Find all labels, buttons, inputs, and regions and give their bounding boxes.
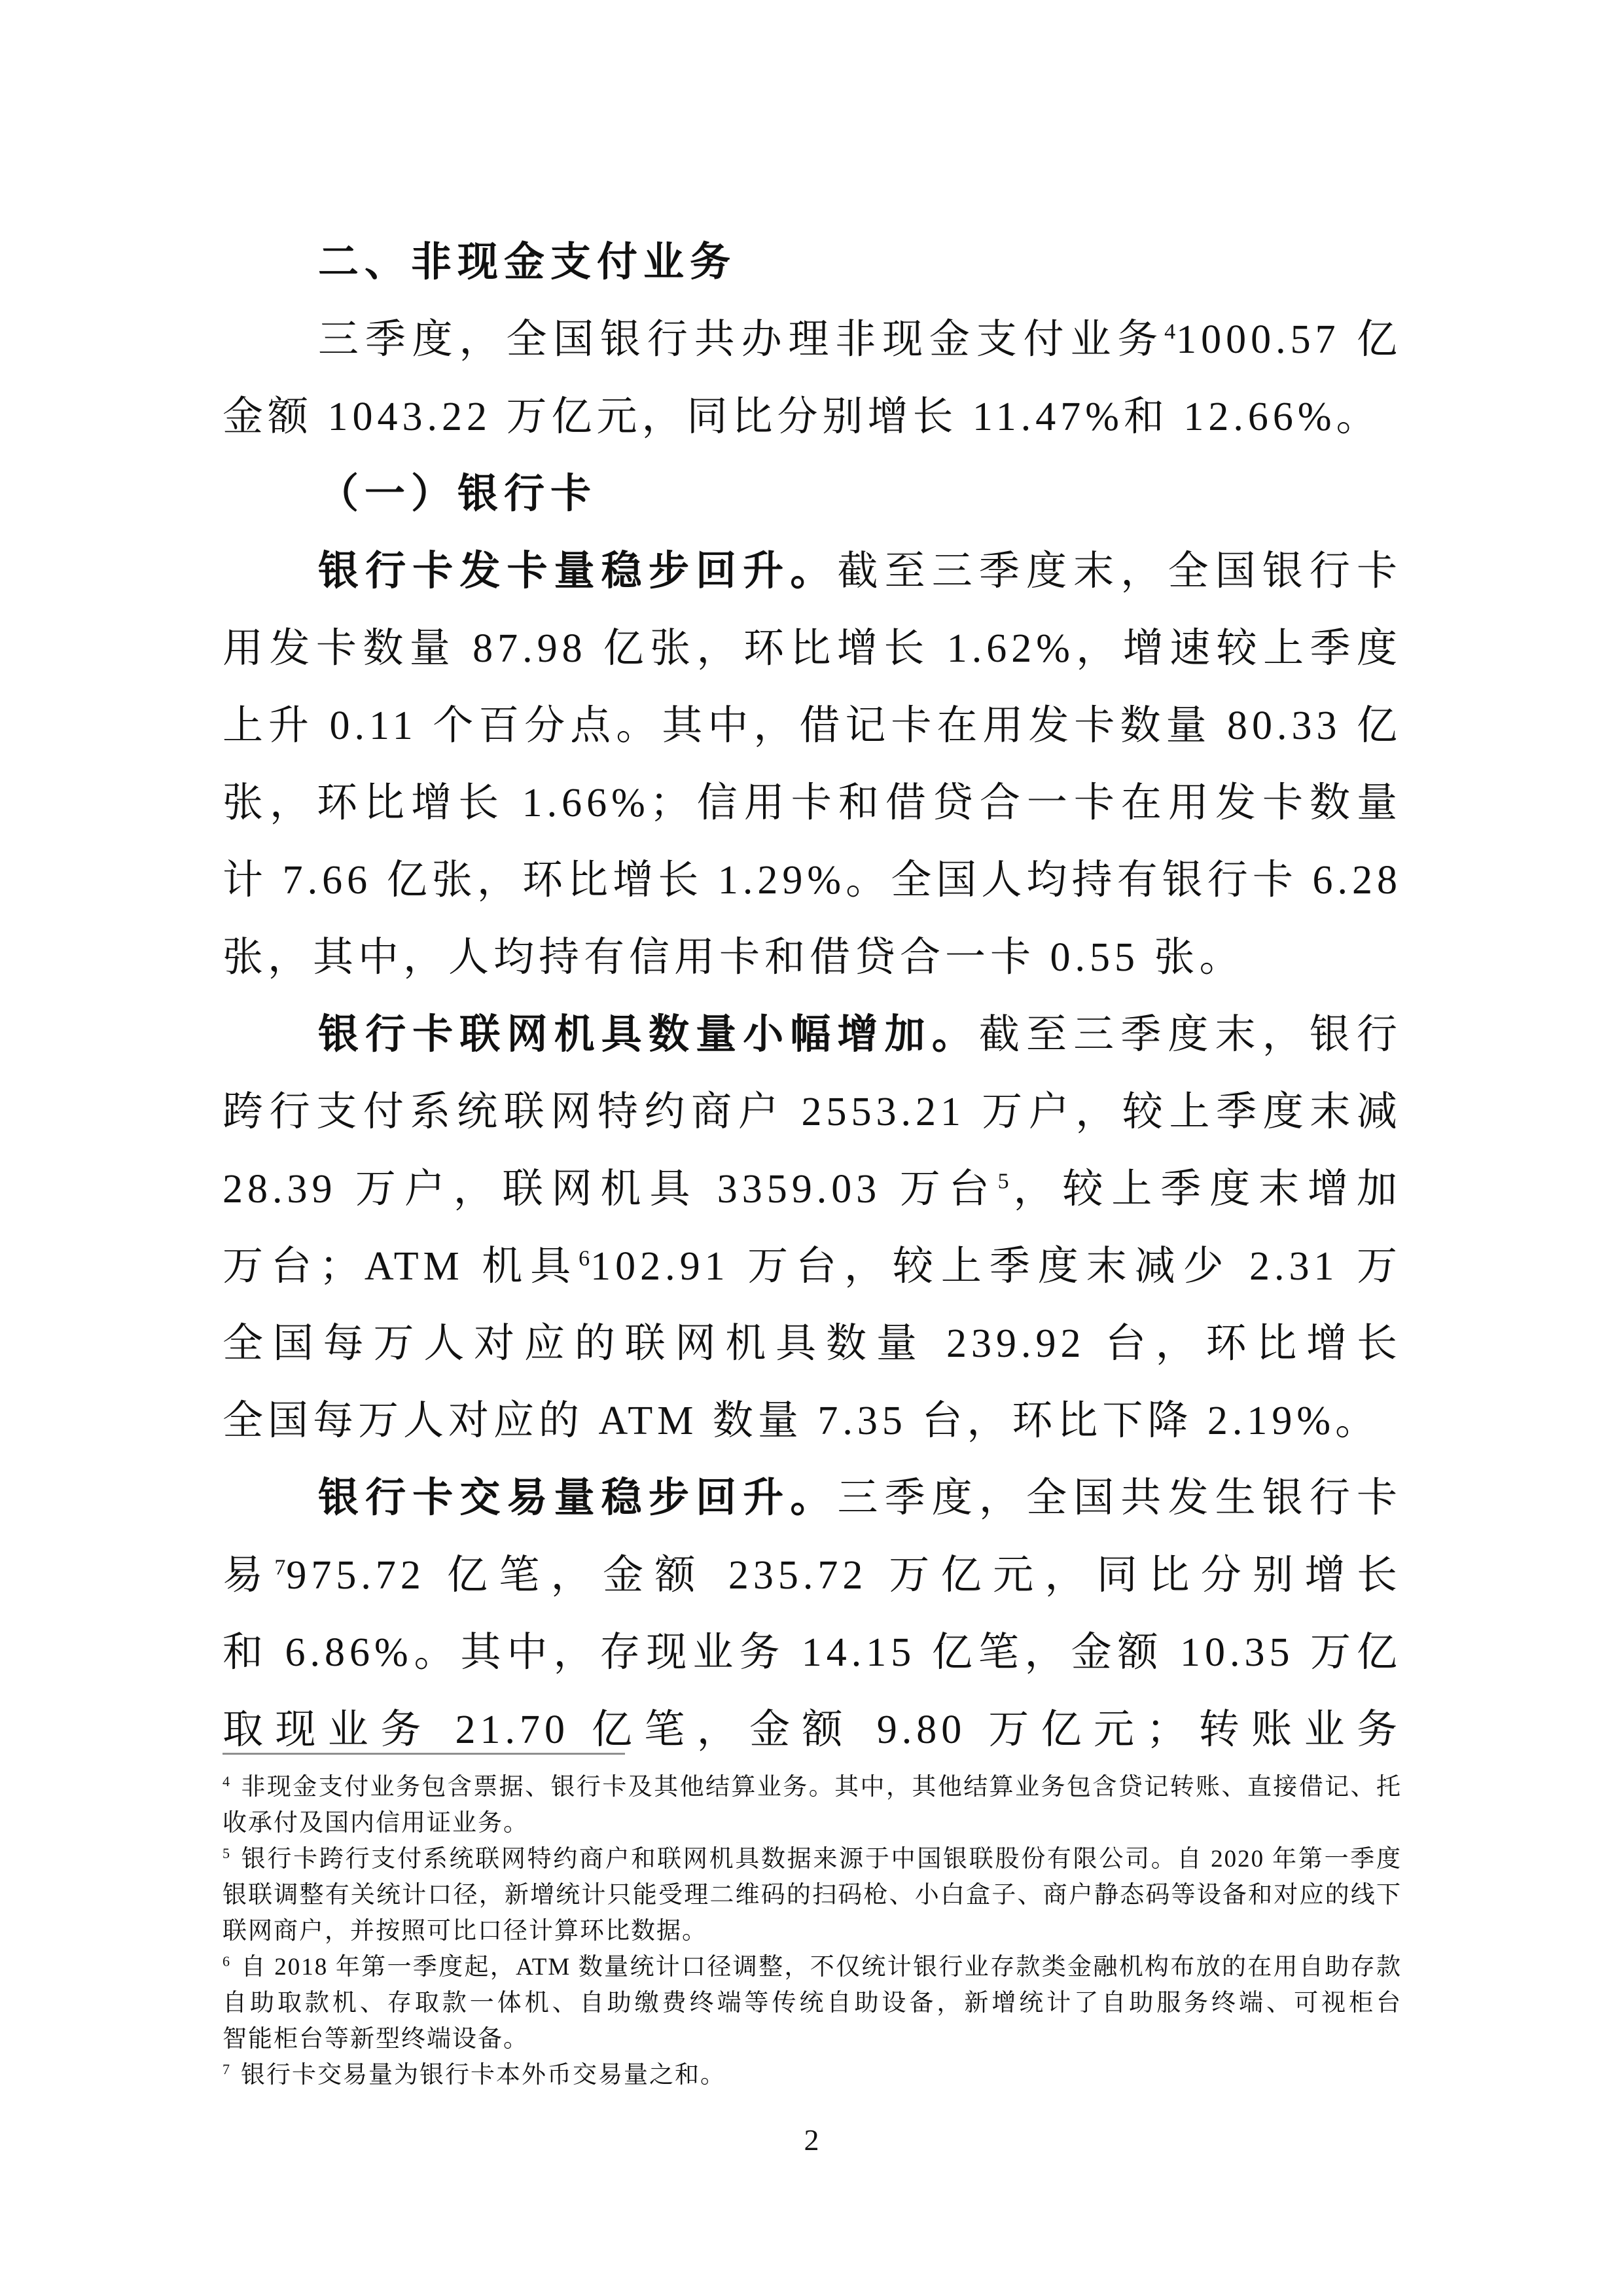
bold-lead-text: 银行卡联网机具数量小幅增加。 — [318, 1013, 979, 1057]
body-line: 金额 1043.22 万亿元，同比分别增长 11.47%和 12.66%。 — [223, 378, 1402, 456]
body-line: 张，环比增长 1.66%；信用卡和借贷合一卡在用发卡数量共 — [223, 764, 1402, 842]
body-text: 28.39 万户，联网机具 3359.03 万台 — [223, 1167, 998, 1211]
footnote-ref-7: 7 — [274, 1555, 286, 1579]
footnote-6-marker: 6 — [223, 1953, 230, 1969]
footnote-text: 银行卡跨行支付系统联网特约商户和联网机具数据来源于中国银联股份有限公司。自 20… — [223, 1846, 1402, 1877]
section-heading: 二、非现金支付业务 — [223, 224, 1402, 301]
body-line: 全国每万人对应的 ATM 数量 7.35 台，环比下降 2.19%。 — [223, 1382, 1402, 1460]
footnote-ref-6: 6 — [579, 1246, 590, 1270]
footnote-text: 银行卡交易量为银行卡本外币交易量之和。 — [241, 2062, 726, 2089]
body-line: 张，其中，人均持有信用卡和借贷合一卡 0.55 张。 — [223, 919, 1402, 996]
document-page: 二、非现金支付业务 三季度，全国银行共办理非现金支付业务41000.57 亿笔，… — [0, 0, 1623, 2296]
footnote-separator — [223, 1753, 625, 1755]
body-line: 上升 0.11 个百分点。其中，借记卡在用发卡数量 80.33 亿 — [223, 687, 1402, 764]
body-line: 银行卡发卡量稳步回升。截至三季度末，全国银行卡在 — [223, 533, 1402, 610]
body-text: 易 — [223, 1553, 274, 1598]
body-line: 28.39 万户，联网机具 3359.03 万台5，较上季度末增加 27.74 — [223, 1151, 1402, 1228]
footnote-4-line: 4非现金支付业务包含票据、银行卡及其他结算业务。其中，其他结算业务包含贷记转账、… — [223, 1769, 1402, 1805]
body-line: 三季度，全国银行共办理非现金支付业务41000.57 亿笔， — [223, 301, 1402, 378]
body-text: 975.72 亿笔，金额 235.72 万亿元，同比分别增长 11.65% — [223, 1553, 1402, 1614]
body-line: 和 6.86%。其中，存现业务 14.15 亿笔，金额 10.35 万亿元； — [223, 1614, 1402, 1691]
footnote-6-line: 智能柜台等新型终端设备。 — [223, 2021, 1402, 2057]
body-line: 计 7.66 亿张，环比增长 1.29%。全国人均持有银行卡 6.28 — [223, 842, 1402, 919]
body-text: 万台；ATM 机具 — [223, 1244, 579, 1289]
footnotes-block: 4非现金支付业务包含票据、银行卡及其他结算业务。其中，其他结算业务包含贷记转账、… — [223, 1753, 1402, 2093]
body-line: 易7975.72 亿笔，金额 235.72 万亿元，同比分别增长 11.65% — [223, 1537, 1402, 1614]
body-line: 银行卡联网机具数量小幅增加。截至三季度末，银行卡 — [223, 996, 1402, 1073]
body-line: 用发卡数量 87.98 亿张，环比增长 1.62%，增速较上季度末 — [223, 610, 1402, 687]
body-text-block: 二、非现金支付业务 三季度，全国银行共办理非现金支付业务41000.57 亿笔，… — [223, 224, 1402, 1768]
footnote-4-line: 收承付及国内信用证业务。 — [223, 1805, 1402, 1841]
footnote-text: 非现金支付业务包含票据、银行卡及其他结算业务。其中，其他结算业务包含贷记转账、直… — [241, 1774, 1402, 1801]
footnote-5-line: 5银行卡跨行支付系统联网特约商户和联网机具数据来源于中国银联股份有限公司。自 2… — [223, 1841, 1402, 1877]
footnote-5-line: 银联调整有关统计口径，新增统计只能受理二维码的扫码枪、小白盒子、商户静态码等设备… — [223, 1877, 1402, 1913]
body-line: 跨行支付系统联网特约商户 2553.21 万户，较上季度末减少 — [223, 1073, 1402, 1151]
footnote-ref-5: 5 — [998, 1169, 1010, 1193]
page-number: 2 — [0, 2121, 1623, 2160]
footnote-6-line: 6自 2018 年第一季度起，ATM 数量统计口径调整，不仅统计银行业存款类金融… — [223, 1949, 1402, 1985]
bold-lead-text: 银行卡发卡量稳步回升。 — [318, 549, 838, 594]
body-line: 银行卡交易量稳步回升。三季度，全国共发生银行卡交 — [223, 1460, 1402, 1537]
body-line: 全国每万人对应的联网机具数量 239.92 台，环比增长 0.83%； — [223, 1305, 1402, 1382]
footnote-4-marker: 4 — [223, 1773, 230, 1789]
footnote-7-line: 7银行卡交易量为银行卡本外币交易量之和。 — [223, 2057, 1402, 2093]
footnote-ref-4: 4 — [1164, 319, 1176, 344]
footnote-7-marker: 7 — [223, 2061, 230, 2077]
footnote-5-line: 联网商户，并按照可比口径计算环比数据。 — [223, 1913, 1402, 1949]
subsection-heading: （一）银行卡 — [223, 456, 1402, 533]
footnote-5-marker: 5 — [223, 1845, 230, 1861]
footnote-6-line: 自助取款机、存取款一体机、自助缴费终端等传统自助设备，新增统计了自助服务终端、可… — [223, 1985, 1402, 2021]
body-text: 三季度，全国银行共办理非现金支付业务 — [318, 317, 1164, 362]
body-line: 万台；ATM 机具6102.91 万台，较上季度末减少 2.31 万台。 — [223, 1228, 1402, 1305]
footnote-text: 自 2018 年第一季度起，ATM 数量统计口径调整，不仅统计银行业存款类金融机… — [223, 1954, 1402, 1985]
bold-lead-text: 银行卡交易量稳步回升。 — [318, 1476, 838, 1520]
